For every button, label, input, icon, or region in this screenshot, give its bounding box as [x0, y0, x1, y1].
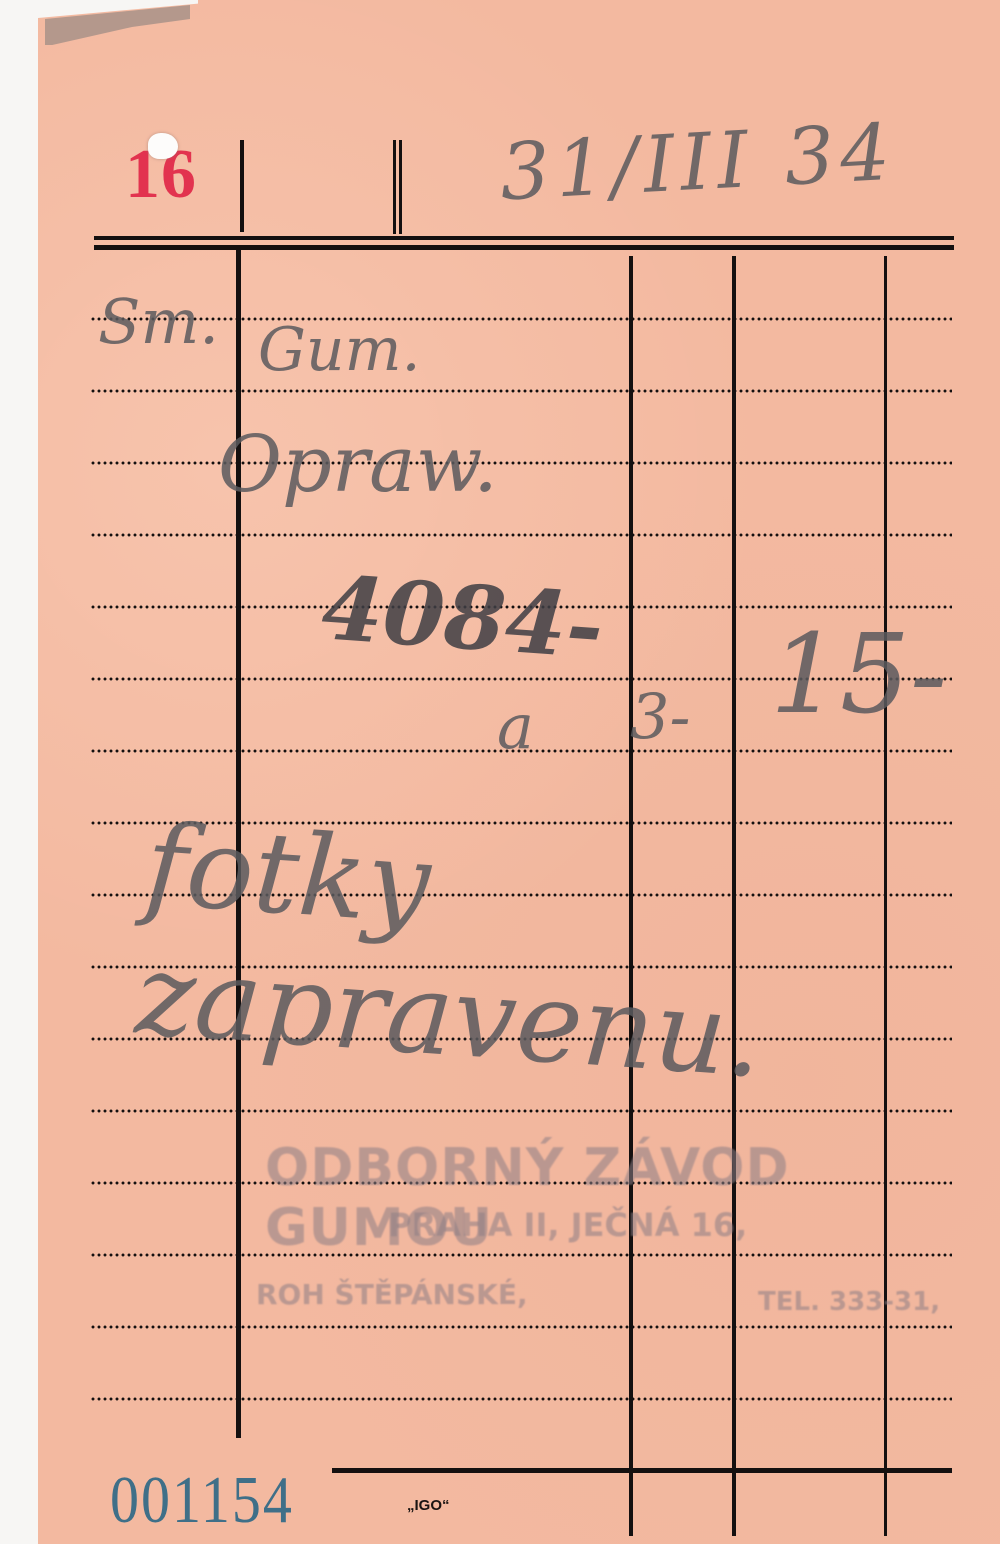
row-line	[90, 533, 952, 537]
stamp-address: PRAHA II, JEČNÁ 16,	[388, 1206, 747, 1244]
row-line	[90, 317, 952, 321]
row-line	[90, 1325, 952, 1329]
row-line	[90, 389, 952, 393]
header-rule-bottom	[94, 245, 954, 250]
row-line	[90, 1109, 952, 1113]
stamp-corner: ROH ŠTĚPÁNSKÉ,	[256, 1278, 528, 1311]
printer-mark: „IGO“	[407, 1497, 450, 1514]
handwriting-gum: Gum.	[258, 315, 421, 385]
handwriting-unit-price: 3-	[630, 680, 690, 753]
handwriting-opraw: Opraw.	[218, 420, 498, 510]
handwriting-unit-a: a	[497, 690, 534, 763]
header-divider-2a	[393, 140, 396, 234]
row-line	[90, 1397, 952, 1401]
header-divider-2b	[399, 140, 402, 234]
footer-rule	[332, 1468, 952, 1473]
handwriting-sm: Sm.	[98, 285, 219, 358]
serial-number: 001154	[110, 1467, 294, 1534]
header-divider-1	[240, 140, 244, 232]
handwriting-amount: 4084-	[319, 555, 607, 678]
handwriting-total: 15-	[770, 610, 947, 738]
punch-hole	[148, 133, 178, 159]
header-rule-top	[94, 236, 954, 240]
stamp-telephone: TEL. 333-31,	[758, 1287, 940, 1317]
